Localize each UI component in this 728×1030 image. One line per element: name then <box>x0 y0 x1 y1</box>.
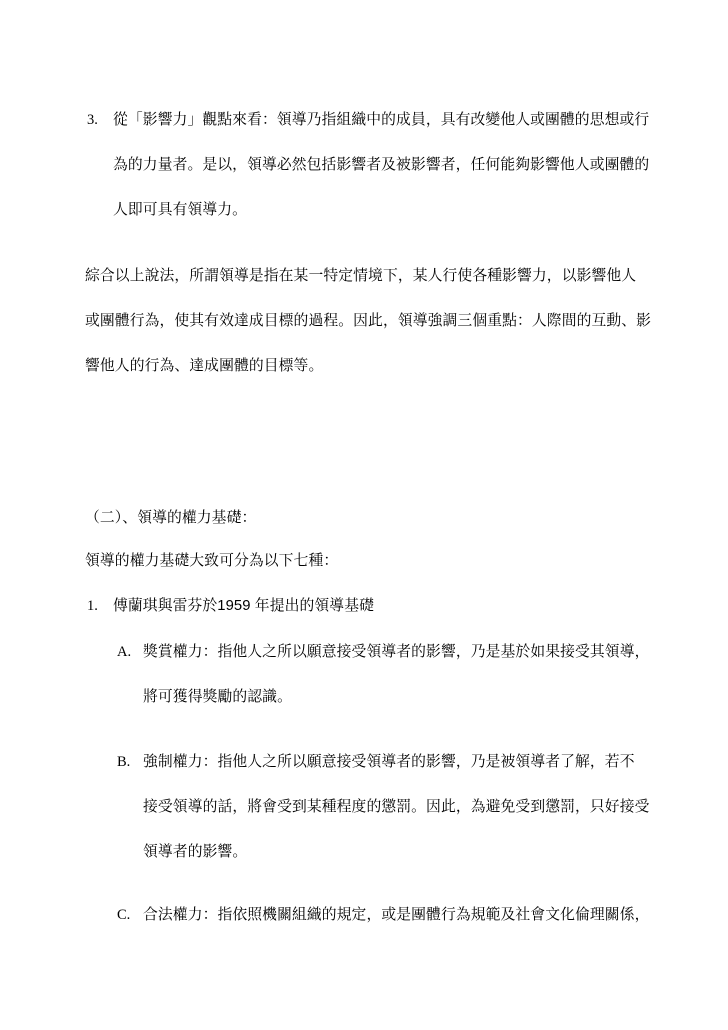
list-item-3: 3. 從「影響力」觀點來看：領導乃指組織中的成員，具有改變他人或團體的思想或行 … <box>87 98 728 233</box>
document-content: 3. 從「影響力」觀點來看：領導乃指組織中的成員，具有改變他人或團體的思想或行 … <box>0 0 728 938</box>
section-heading: （二）、領導的權力基礎： <box>85 498 728 539</box>
text-line: 為的力量者。是以，領導必然包括影響者及被影響者，任何能夠影響他人或團體的 <box>113 143 728 188</box>
list-item-c-body: 合法權力：指依照機關組織的規定，或是團體行為規範及社會文化倫理關係， <box>143 893 728 938</box>
text-line: 或團體行為，使其有效達成目標的過程。因此，領導強調三個重點：人際間的互動、影 <box>85 299 728 344</box>
list-item-1-marker: 1. <box>87 584 113 629</box>
list-item-a-body: 獎賞權力：指他人之所以願意接受領導者的影響，乃是基於如果接受其領導， 將可獲得獎… <box>143 630 728 720</box>
list-item-a-marker: A. <box>117 630 143 720</box>
list-item-b-body: 強制權力：指他人之所以願意接受領導者的影響，乃是被領導者了解，若不 接受領導的話… <box>143 740 728 875</box>
document-page: 3. 從「影響力」觀點來看：領導乃指組織中的成員，具有改變他人或團體的思想或行 … <box>0 0 728 1030</box>
list-item-b: B. 強制權力：指他人之所以願意接受領導者的影響，乃是被領導者了解，若不 接受領… <box>117 740 728 875</box>
list-item-a: A. 獎賞權力：指他人之所以願意接受領導者的影響，乃是基於如果接受其領導， 將可… <box>117 630 728 720</box>
text-line: 領導者的影響。 <box>143 830 728 875</box>
list-item-3-body: 從「影響力」觀點來看：領導乃指組織中的成員，具有改變他人或團體的思想或行 為的力… <box>113 98 728 233</box>
list-item-1: 1. 傅蘭琪與雷芬於1959 年提出的領導基礎 <box>87 584 728 629</box>
text-line: 綜合以上說法，所謂領導是指在某一特定情境下，某人行使各種影響力，以影響他人 <box>85 254 728 299</box>
text-line: 強制權力：指他人之所以願意接受領導者的影響，乃是被領導者了解，若不 <box>143 740 728 785</box>
text-line: 響他人的行為、達成團體的目標等。 <box>85 344 728 389</box>
list-item-3-marker: 3. <box>87 98 113 233</box>
text-line: 接受領導的話，將會受到某種程度的懲罰。因此，為避免受到懲罰，只好接受 <box>143 785 728 830</box>
list-item-c-marker: C. <box>117 893 143 938</box>
text-line: 合法權力：指依照機關組織的規定，或是團體行為規範及社會文化倫理關係， <box>143 893 728 938</box>
list-item-b-marker: B. <box>117 740 143 875</box>
list-item-c: C. 合法權力：指依照機關組織的規定，或是團體行為規範及社會文化倫理關係， <box>117 893 728 938</box>
list-item-1-body: 傅蘭琪與雷芬於1959 年提出的領導基礎 <box>113 584 728 629</box>
text-line: 傅蘭琪與雷芬於1959 年提出的領導基礎 <box>113 584 728 629</box>
text-line: 從「影響力」觀點來看：領導乃指組織中的成員，具有改變他人或團體的思想或行 <box>113 98 728 143</box>
section-intro: 領導的權力基礎大致可分為以下七種： <box>85 539 728 584</box>
text-line: 將可獲得獎勵的認識。 <box>143 675 728 720</box>
summary-paragraph: 綜合以上說法，所謂領導是指在某一特定情境下，某人行使各種影響力，以影響他人 或團… <box>85 254 728 389</box>
text-line: 人即可具有領導力。 <box>113 188 728 233</box>
text-line: 獎賞權力：指他人之所以願意接受領導者的影響，乃是基於如果接受其領導， <box>143 630 728 675</box>
